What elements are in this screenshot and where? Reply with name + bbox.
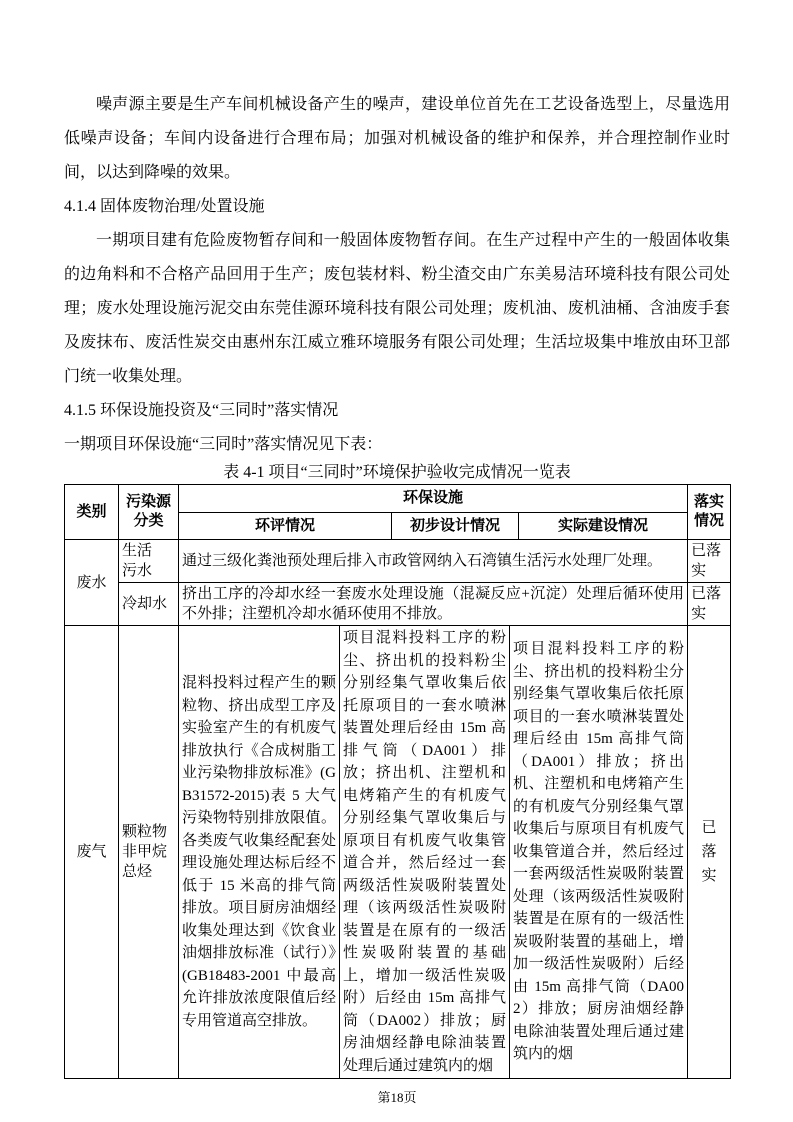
cell-domestic-sewage-source: 生活 污水 bbox=[119, 540, 179, 583]
cell-cooling-water-source: 冷却水 bbox=[119, 583, 179, 626]
section-heading-4-1-5: 4.1.5 环保设施投资及“三同时”落实情况 bbox=[64, 394, 730, 428]
header-cell-category: 类别 bbox=[65, 485, 119, 540]
cell-wastewater-category: 废水 bbox=[65, 540, 119, 626]
cell-waste-gas-eia: 混料投料过程产生的颗粒物、挤出成型工序及实验室产生的有机废气排放执行《合成树脂工… bbox=[179, 626, 340, 1079]
table-caption: 表 4-1 项目“三同时”环境保护验收完成情况一览表 bbox=[64, 462, 730, 484]
cell-domestic-sewage-facility: 通过三级化粪池预处理后排入市政管网纳入石湾镇生活污水处理厂处理。 bbox=[179, 540, 688, 583]
header-cell-env-facility: 环保设施 bbox=[179, 485, 688, 513]
document-page: 噪声源主要是生产车间机械设备产生的噪声，建设单位首先在工艺设备选型上，尽量选用低… bbox=[0, 0, 793, 1122]
cell-waste-gas-preliminary-design: 项目混料投料工序的粉尘、挤出机的投料粉尘分别经集气罩收集后依托原项目的一套水喷淋… bbox=[340, 626, 510, 1079]
cell-cooling-water-facility: 挤出工序的冷却水经一套废水处理设施（混凝反应+沉淀）处理后循环使用不外排；注塑机… bbox=[179, 583, 688, 626]
page-number: 第18页 bbox=[64, 1088, 730, 1108]
cell-waste-gas-category: 废气 bbox=[65, 626, 119, 1079]
header-cell-preliminary-design: 初步设计情况 bbox=[392, 513, 519, 540]
cell-domestic-sewage-status: 已落实 bbox=[688, 540, 731, 583]
header-cell-eia: 环评情况 bbox=[179, 513, 392, 540]
cell-waste-gas-status: 已落实 bbox=[688, 626, 731, 1079]
waste-gas-status-text: 已落实 bbox=[701, 816, 718, 888]
header-cell-pollution-source: 污染源分类 bbox=[119, 485, 179, 540]
cell-cooling-water-status: 已落实 bbox=[688, 583, 731, 626]
paragraph-noise-control: 噪声源主要是生产车间机械设备产生的噪声，建设单位首先在工艺设备选型上，尽量选用低… bbox=[64, 88, 730, 190]
paragraph-table-intro: 一期项目环保设施“三同时”落实情况见下表： bbox=[64, 428, 730, 462]
paragraph-solid-waste: 一期项目建有危险废物暂存间和一般固体废物暂存间。在生产过程中产生的一般固体收集的… bbox=[64, 224, 730, 394]
section-heading-4-1-4: 4.1.4 固体废物治理/处置设施 bbox=[64, 190, 730, 224]
header-cell-implementation: 落实情况 bbox=[688, 485, 731, 540]
three-simultaneous-table: 类别 污染源分类 环保设施 落实情况 环评情况 初步设计情况 实际建设情况 废水… bbox=[64, 484, 731, 1079]
cell-waste-gas-actual-construction: 项目混料投料工序的粉尘、挤出机的投料粉尘分别经集气罩收集后依托原项目的一套水喷淋… bbox=[510, 626, 688, 1079]
header-cell-actual-construction: 实际建设情况 bbox=[519, 513, 688, 540]
cell-waste-gas-source: 颗粒物非甲烷总烃 bbox=[119, 626, 179, 1079]
